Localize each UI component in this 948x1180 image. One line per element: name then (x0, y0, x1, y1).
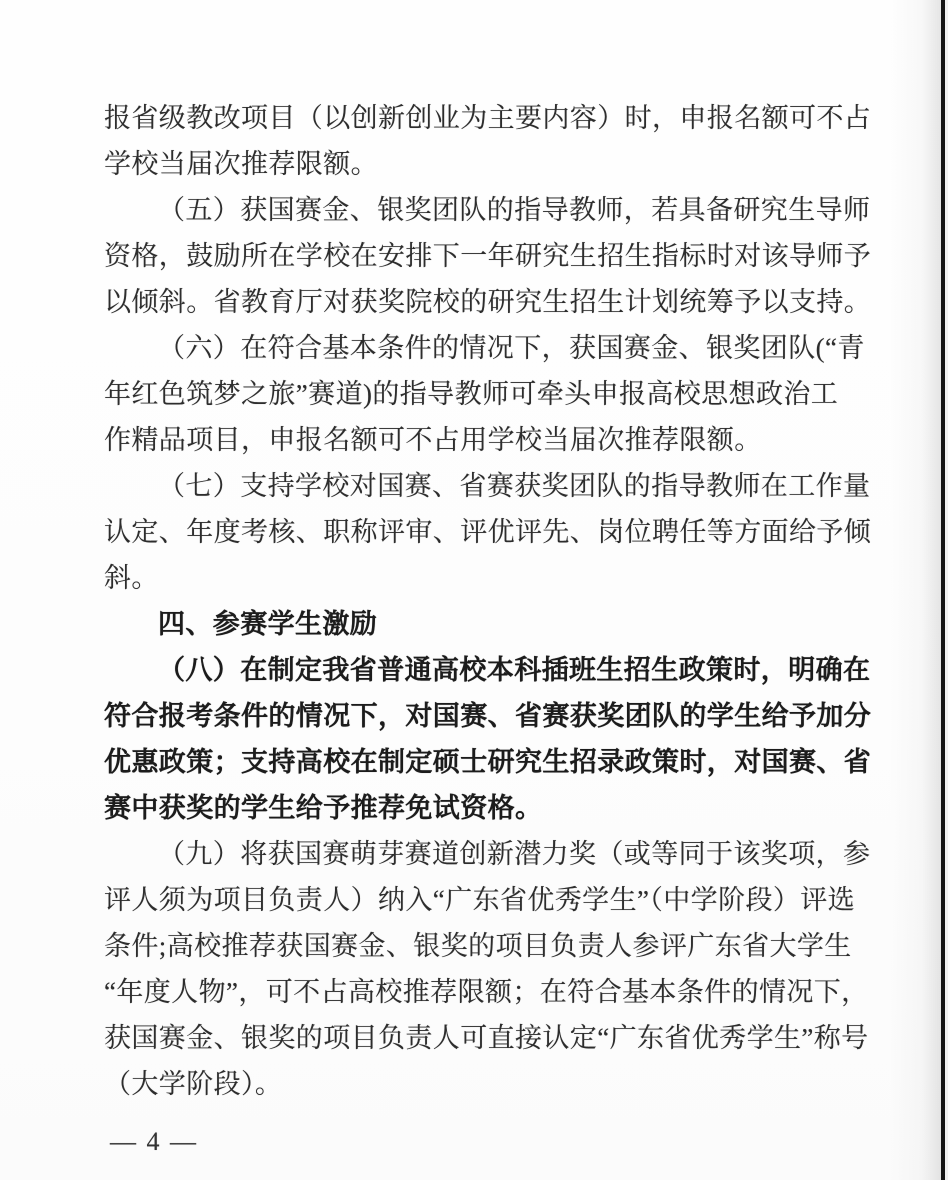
text-line: 以倾斜。省教育厅对获奖院校的研究生招生计划统筹予以支持。 (104, 279, 884, 325)
text-line: 报省级教改项目（以创新创业为主要内容）时，申报名额可不占 (104, 95, 884, 141)
text-line: 斜。 (104, 555, 884, 601)
text-line: 符合报考条件的情况下，对国赛、省赛获奖团队的学生给予加分 (104, 693, 884, 739)
section-heading: 四、参赛学生激励 (104, 601, 884, 647)
scanned-document-page: 报省级教改项目（以创新创业为主要内容）时，申报名额可不占学校当届次推荐限额。（五… (0, 0, 948, 1180)
text-line: 年红色筑梦之旅”赛道)的指导教师可牵头申报高校思想政治工 (104, 371, 884, 417)
text-line: （七）支持学校对国赛、省赛获奖团队的指导教师在工作量 (104, 463, 884, 509)
text-line: 赛中获奖的学生给予推荐免试资格。 (104, 785, 884, 831)
text-line: （八）在制定我省普通高校本科插班生招生政策时，明确在 (104, 647, 884, 693)
text-line: 优惠政策；支持高校在制定硕士研究生招录政策时，对国赛、省 (104, 739, 884, 785)
text-line: （九）将获国赛萌芽赛道创新潜力奖（或等同于该奖项，参 (104, 831, 884, 877)
scan-edge-shadow (890, 0, 948, 1180)
text-line: 评人须为项目负责人）纳入“广东省优秀学生”（中学阶段）评选 (104, 877, 884, 923)
text-line: （大学阶段）。 (104, 1061, 884, 1107)
scan-edge-line (941, 0, 945, 1180)
text-line: 认定、年度考核、职称评审、评优评先、岗位聘任等方面给予倾 (104, 509, 884, 555)
page-number: — 4 — (110, 1120, 198, 1164)
text-line: “年度人物”，可不占高校推荐限额；在符合基本条件的情况下， (104, 969, 884, 1015)
text-line: 资格，鼓励所在学校在安排下一年研究生招生指标时对该导师予 (104, 233, 884, 279)
text-line: （五）获国赛金、银奖团队的指导教师，若具备研究生导师 (104, 187, 884, 233)
text-line: 学校当届次推荐限额。 (104, 141, 884, 187)
text-line: （六）在符合基本条件的情况下，获国赛金、银奖团队(“青 (104, 325, 884, 371)
text-line: 条件;高校推荐获国赛金、银奖的项目负责人参评广东省大学生 (104, 923, 884, 969)
text-block: 报省级教改项目（以创新创业为主要内容）时，申报名额可不占学校当届次推荐限额。（五… (104, 95, 884, 1107)
text-line: 作精品项目，申报名额可不占用学校当届次推荐限额。 (104, 417, 884, 463)
text-line: 获国赛金、银奖的项目负责人可直接认定“广东省优秀学生”称号 (104, 1015, 884, 1061)
